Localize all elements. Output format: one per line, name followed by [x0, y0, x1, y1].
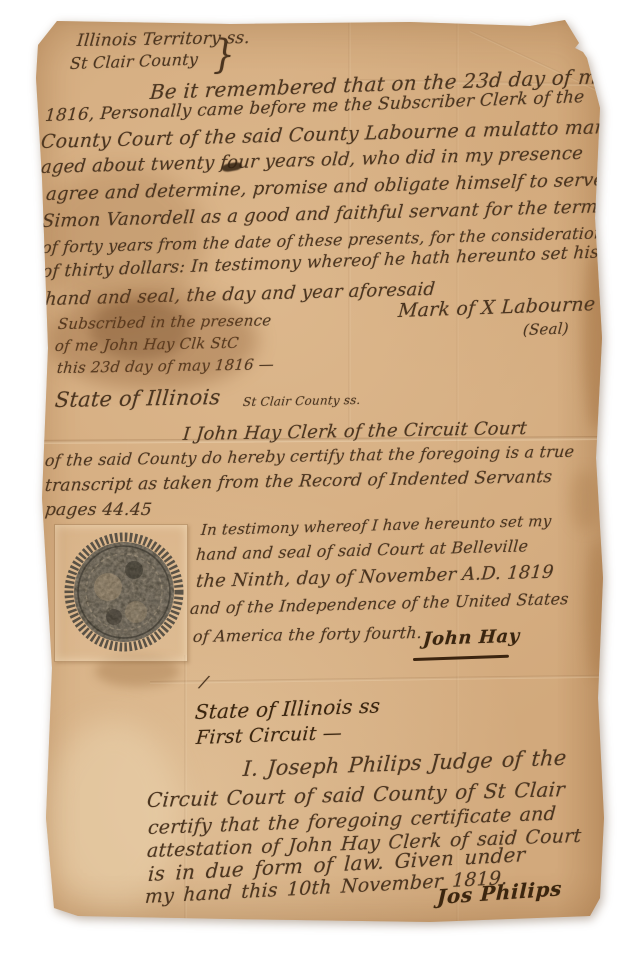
cert2-line: certify that the foregoing certificate a…	[147, 803, 557, 839]
cert-line: transcript as taken from the Record of I…	[44, 467, 553, 496]
fold-crease	[360, 79, 605, 86]
clerk-signature: John Hay	[422, 626, 520, 650]
stain	[48, 290, 258, 390]
cert2-line: my hand this 10th November 1819.	[144, 867, 508, 908]
body-line: County Court of the said County Labourne…	[40, 116, 608, 153]
circuit-court-seal-stamp	[64, 532, 184, 652]
stain	[586, 540, 608, 680]
circuit-heading: First Circuit —	[195, 722, 343, 749]
body-line: of thirty dollars: In testimony whereof …	[41, 243, 599, 283]
stain	[90, 300, 190, 360]
stain	[45, 720, 180, 910]
cert2-line: Circuit Court of said County of St Clair	[146, 777, 566, 812]
signature-underline	[413, 655, 509, 661]
cert-line: of the said County do hereby certify tha…	[44, 442, 575, 470]
fold-crease	[456, 20, 459, 925]
fold-crease	[150, 675, 605, 684]
testimony-line: and of the Independence of the United St…	[189, 589, 569, 618]
body-line: hand and seal, the day and year aforesai…	[44, 279, 436, 310]
stain	[33, 555, 45, 685]
mark-of-line: Mark of X Labourne	[397, 293, 596, 322]
witness-line: Subscribed in the presence	[57, 311, 272, 333]
judge-signature: Jos Philips	[437, 876, 563, 909]
testimony-line: of America the forty fourth.	[192, 623, 423, 646]
cert2-line: attestation of John Hay Clerk of said Co…	[146, 825, 582, 862]
ink-blot	[221, 161, 242, 172]
testimony-line: the Ninth, day of November A.D. 1819	[195, 562, 554, 592]
scanned-document-photo: Illinois Territory ss. St Clair County }…	[0, 0, 640, 953]
paper-shadow-wrap: Illinois Territory ss. St Clair County }…	[0, 0, 640, 953]
paper-sheet: Illinois Territory ss. St Clair County }…	[30, 18, 608, 926]
fold-crease	[184, 655, 187, 925]
testimony-line: hand and seal of said Court at Bellevill…	[195, 536, 529, 564]
cert-line: pages 44.45	[44, 500, 153, 520]
body-line: agree and determine, promise and obligat…	[45, 169, 605, 205]
witness-line: of me John Hay Clk StC	[54, 334, 239, 355]
cert-line: I John Hay Clerk of the Circuit Court	[182, 418, 528, 445]
territory-heading: Illinois Territory ss.	[76, 28, 251, 51]
state-heading: State of Illinois	[54, 385, 222, 412]
stain	[583, 250, 609, 430]
seal-emboss-square	[54, 524, 188, 662]
witness-line: this 23d day of may 1816 —	[56, 355, 275, 377]
stain	[36, 165, 206, 315]
body-line: Simon Vanordell as a good and faithful s…	[41, 196, 598, 232]
fold-crease	[30, 436, 608, 444]
fold-crease	[470, 30, 598, 91]
body-line: 1816, Personally came before me the Subs…	[44, 87, 585, 126]
cert2-line: I. Joseph Philips Judge of the	[242, 746, 567, 781]
state2-heading: State of Illinois ss	[194, 693, 381, 724]
body-line: Be it remembered that on the 23d day of …	[149, 64, 622, 105]
stain	[95, 655, 180, 687]
seal-word: (Seal)	[522, 319, 569, 339]
fold-crease	[348, 20, 351, 440]
testimony-line: In testimony whereof I have hereunto set…	[200, 512, 552, 539]
body-line: of forty years from the date of these pr…	[41, 223, 605, 257]
county-heading: St Clair County	[69, 49, 198, 73]
stray-pen-mark: /	[198, 672, 209, 692]
brace-mark: }	[213, 32, 235, 78]
state-heading-sub: St Clair County ss.	[242, 393, 361, 409]
cert2-line: is in due form of law. Given under	[147, 842, 526, 886]
body-line: aged about twenty four years old, who di…	[40, 143, 584, 178]
stain	[570, 470, 600, 530]
